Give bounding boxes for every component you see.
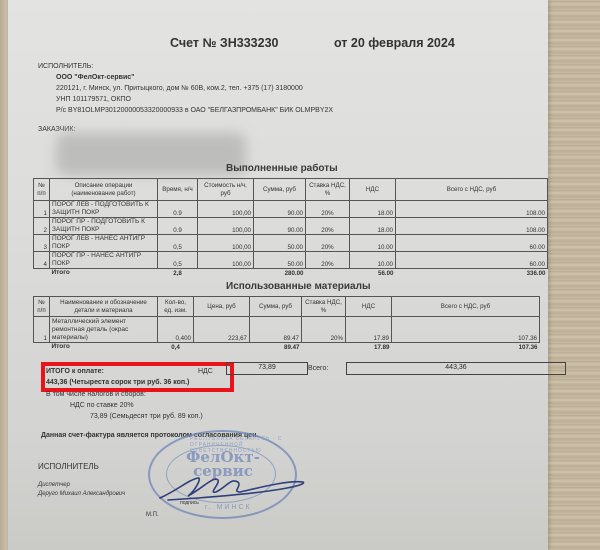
header-cell: Всего с НДС, руб xyxy=(396,179,548,201)
table-cell: 18.00 xyxy=(350,201,396,218)
signer-position: Диспетчер xyxy=(38,481,125,490)
table-cell: 0,5 xyxy=(158,235,198,252)
incl-taxes: В том числе налогов и сборов: xyxy=(46,389,203,400)
table-cell: 3 xyxy=(34,235,50,252)
executor-unp: УНП 101179571, ОКПО xyxy=(56,94,333,105)
table-cell: ПОРОГ ЛЕВ - НАНЕС АНТИГР ПОКР xyxy=(50,235,158,252)
table-cell: 20% xyxy=(306,201,350,218)
table-cell: ПОРОГ ПР - НАНЕС АНТИГР ПОКР xyxy=(50,252,158,269)
table-cell: 20% xyxy=(306,252,350,269)
materials-title: Использованные материалы xyxy=(226,281,371,292)
signature-scribble-icon xyxy=(158,470,308,505)
table-cell: 1 xyxy=(34,201,50,218)
vat-total-box: 73,89 xyxy=(226,362,308,375)
table-cell: 107.36 xyxy=(392,317,540,343)
table-cell: 18.00 xyxy=(350,218,396,235)
header-cell: № п/п xyxy=(34,179,50,201)
table-cell: 107.36 xyxy=(392,343,540,352)
executor-block: ИСПОЛНИТЕЛЬ: ООО "ФелОкт-сервис" 220121,… xyxy=(38,61,333,116)
table-cell: 10.00 xyxy=(350,235,396,252)
invoice-date: от 20 февраля 2024 xyxy=(334,36,455,50)
total-row: Итого0,489.4717.89107.36 xyxy=(34,343,540,352)
executor-account: Р/с BY81OLMP30120000053320000933 в ОАО "… xyxy=(56,105,333,116)
header-cell: Всего с НДС, руб xyxy=(392,297,540,317)
table-cell: 4 xyxy=(34,252,50,269)
table-cell: 50.00 xyxy=(254,252,306,269)
table-cell: 2 xyxy=(34,218,50,235)
executor-address: 220121, г. Минск, ул. Притыцкого, дом № … xyxy=(56,83,333,94)
table-cell: 108.00 xyxy=(396,201,548,218)
table-cell: 89.47 xyxy=(250,343,302,352)
table-cell: 90.00 xyxy=(254,218,306,235)
table-cell: 56.00 xyxy=(350,269,396,278)
signer-block: Диспетчер Деруго Михаил Александрович xyxy=(38,481,125,499)
vat-words: 73,89 (Семьдесят три руб. 89 коп.) xyxy=(46,411,203,422)
table-row: 2ПОРОГ ПР - ПОДГОТОВИТЬ К ЗАЩИТН ПОКР0.9… xyxy=(34,218,548,235)
works-table: № п/п Описание операции (наименование ра… xyxy=(33,178,548,277)
table-row: 3ПОРОГ ЛЕВ - НАНЕС АНТИГР ПОКР0,5100,005… xyxy=(34,235,548,252)
signer-name: Деруго Михаил Александрович xyxy=(38,490,125,499)
table-cell: 90.00 xyxy=(254,201,306,218)
table-cell: 20% xyxy=(302,317,346,343)
materials-header-row: № п/п Наименование и обозначение детали … xyxy=(34,297,540,317)
header-cell: Сумма, руб xyxy=(250,297,302,317)
table-cell: 1 xyxy=(34,317,50,343)
header-cell: Кол-во, ед. изм. xyxy=(158,297,194,317)
header-cell: Ставка НДС, % xyxy=(302,297,346,317)
table-cell: 223,67 xyxy=(194,317,250,343)
table-cell: 100,00 xyxy=(198,252,254,269)
customer-redacted xyxy=(56,133,246,175)
header-cell: НДС xyxy=(350,179,396,201)
grand-total-box: 443,36 xyxy=(346,362,566,375)
header-cell: Описание операции (наименование работ) xyxy=(50,179,158,201)
table-cell: 2,8 xyxy=(158,269,198,278)
table-cell: 17.89 xyxy=(346,317,392,343)
table-cell: Итого xyxy=(50,343,158,352)
table-cell xyxy=(198,269,254,278)
table-row: 1Металлический элемент ремонтная деталь … xyxy=(34,317,540,343)
table-row: 1ПОРОГ ЛЕВ - ПОДГОТОВИТЬ К ЗАЩИТН ПОКР0.… xyxy=(34,201,548,218)
table-cell: 10.00 xyxy=(350,252,396,269)
materials-table: № п/п Наименование и обозначение детали … xyxy=(33,296,540,351)
executor-label: ИСПОЛНИТЕЛЬ: xyxy=(38,61,333,72)
executor-name: ООО "ФелОкт-сервис" xyxy=(56,72,333,83)
invoice-paper: Счет № ЗН333230 от 20 февраля 2024 ИСПОЛ… xyxy=(8,0,548,550)
table-row: 4ПОРОГ ПР - НАНЕС АНТИГР ПОКР0,5100,0050… xyxy=(34,252,548,269)
table-cell: ПОРОГ ПР - ПОДГОТОВИТЬ К ЗАЩИТН ПОКР xyxy=(50,218,158,235)
grand-total-label: Всего: xyxy=(308,363,328,374)
works-title: Выполненные работы xyxy=(226,163,338,174)
table-cell xyxy=(34,343,50,352)
signature-label: ИСПОЛНИТЕЛЬ xyxy=(38,461,99,472)
table-cell xyxy=(302,343,346,352)
wood-background xyxy=(545,0,600,550)
table-cell: 0.9 xyxy=(158,201,198,218)
table-cell: 50.00 xyxy=(254,235,306,252)
table-cell: ПОРОГ ЛЕВ - ПОДГОТОВИТЬ К ЗАЩИТН ПОКР xyxy=(50,201,158,218)
header-cell: Время, н/ч xyxy=(158,179,198,201)
header-cell: Сумма, руб xyxy=(254,179,306,201)
invoice-title: Счет № ЗН333230 от 20 февраля 2024 xyxy=(170,36,455,50)
table-cell: 336.00 xyxy=(396,269,548,278)
header-cell: Цена, руб xyxy=(194,297,250,317)
header-cell: № п/п xyxy=(34,297,50,317)
table-cell xyxy=(194,343,250,352)
table-cell: Итого xyxy=(50,269,158,278)
works-header-row: № п/п Описание операции (наименование ра… xyxy=(34,179,548,201)
table-cell: 0,4 xyxy=(158,343,194,352)
table-cell: 108.00 xyxy=(396,218,548,235)
table-cell: Металлический элемент ремонтная деталь (… xyxy=(50,317,158,343)
table-cell: 0,400 xyxy=(158,317,194,343)
table-cell: 100,00 xyxy=(198,201,254,218)
table-cell: 20% xyxy=(306,235,350,252)
table-cell: 17.89 xyxy=(346,343,392,352)
table-cell: 89.47 xyxy=(250,317,302,343)
vat-rate-line: НДС по ставке 20% xyxy=(46,400,203,411)
header-cell: Ставка НДС, % xyxy=(306,179,350,201)
table-cell: 0.9 xyxy=(158,218,198,235)
table-cell xyxy=(34,269,50,278)
table-cell xyxy=(306,269,350,278)
invoice-number: Счет № ЗН333230 xyxy=(170,36,278,50)
table-cell: 60.00 xyxy=(396,235,548,252)
header-cell: Стоимость н/ч, руб xyxy=(198,179,254,201)
table-cell: 60.00 xyxy=(396,252,548,269)
table-cell: 280.00 xyxy=(254,269,306,278)
table-cell: 100,00 xyxy=(198,235,254,252)
seal-caption: М.П. xyxy=(146,510,159,521)
total-row: Итого2,8280.0056.00336.00 xyxy=(34,269,548,278)
header-cell: Наименование и обозначение детали и мате… xyxy=(50,297,158,317)
table-cell: 20% xyxy=(306,218,350,235)
taxes-block: В том числе налогов и сборов: НДС по ста… xyxy=(46,389,203,422)
table-cell: 0,5 xyxy=(158,252,198,269)
highlight-box xyxy=(41,362,234,392)
header-cell: НДС xyxy=(346,297,392,317)
table-cell: 100,00 xyxy=(198,218,254,235)
stamp-city: г. МИНСК xyxy=(205,504,252,511)
